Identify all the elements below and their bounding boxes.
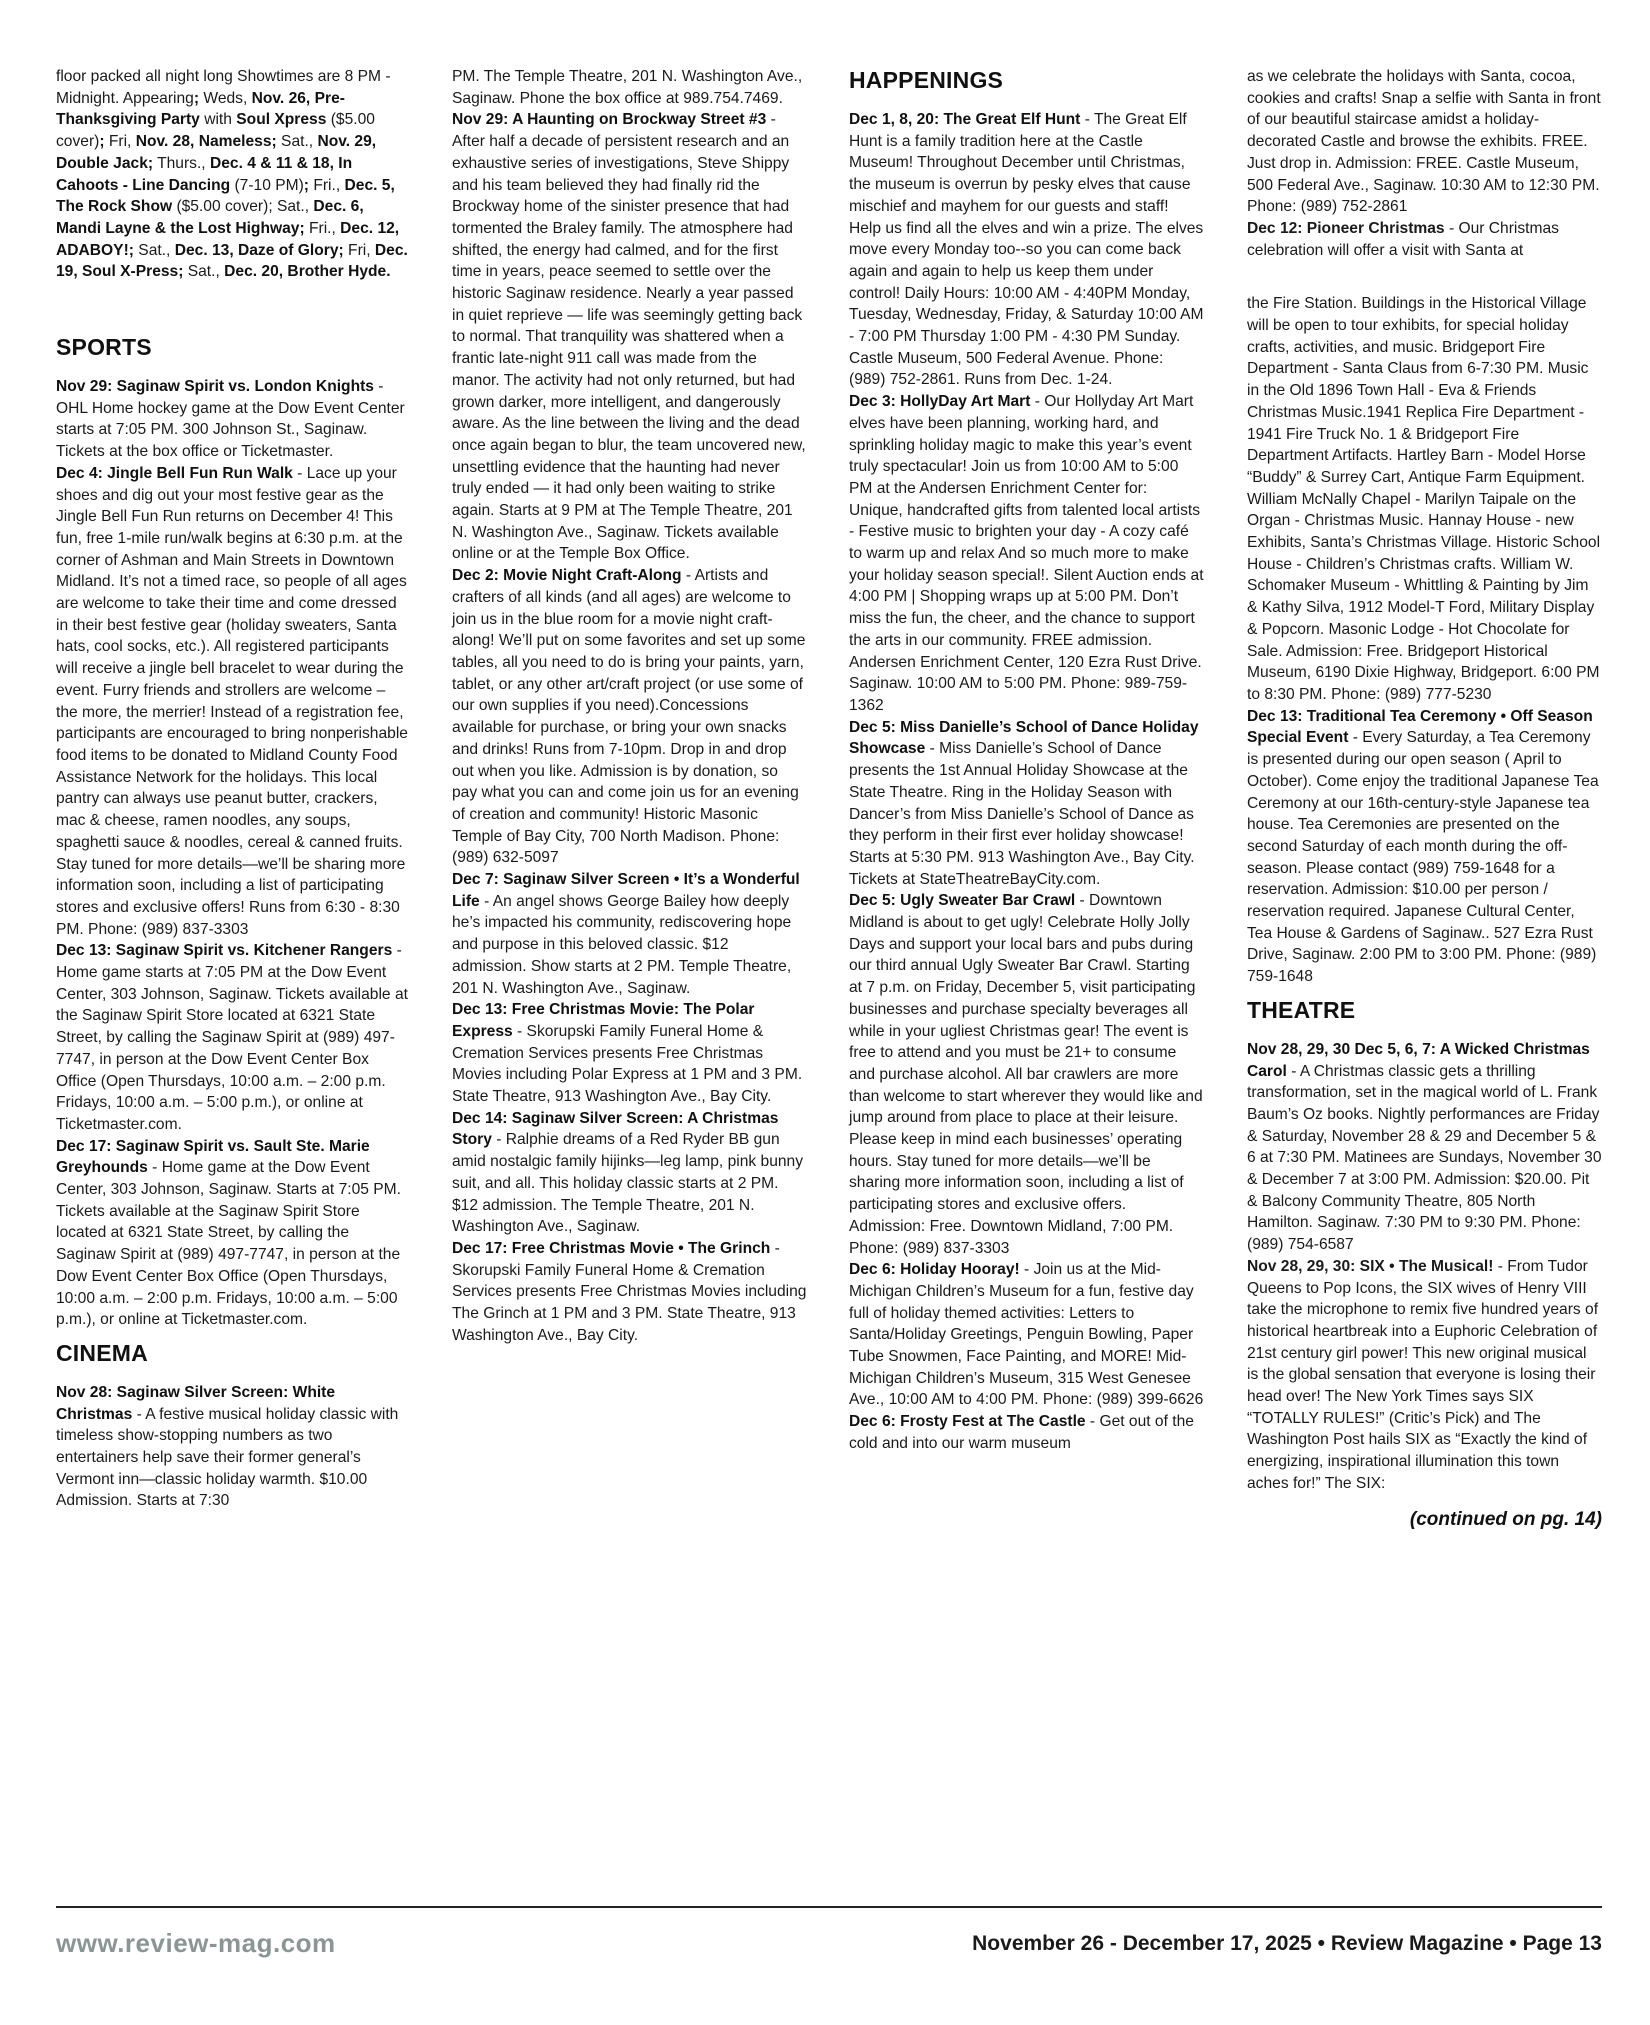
- event-entry: Dec 6: Holiday Hooray! - Join us at the …: [849, 1259, 1204, 1411]
- performer-highlight: Dec. 13, Daze of Glory;: [175, 242, 344, 259]
- event-entry: Dec 5: Ugly Sweater Bar Crawl - Downtown…: [849, 890, 1204, 1259]
- event-entry: Dec 4: Jingle Bell Fun Run Walk - Lace u…: [56, 463, 411, 940]
- section-heading-sports: SPORTS: [56, 333, 411, 361]
- event-title: Dec 13: Saginaw Spirit vs. Kitchener Ran…: [56, 942, 392, 959]
- event-body: - Every Saturday, a Tea Ceremony is pres…: [1247, 729, 1599, 985]
- section-heading-theatre: THEATRE: [1247, 996, 1602, 1024]
- event-body: - Our Hollyday Art Mart elves have been …: [849, 393, 1204, 714]
- column-4: as we celebrate the holidays with Santa,…: [1247, 66, 1602, 1530]
- event-body: - After half a decade of persistent rese…: [452, 111, 806, 562]
- event-title: Dec 6: Frosty Fest at The Castle: [849, 1413, 1086, 1430]
- event-entry: Nov 29: A Haunting on Brockway Street #3…: [452, 109, 807, 565]
- listing-text: ($5.00 cover); Sat.,: [172, 198, 313, 215]
- event-title: Dec 5: Ugly Sweater Bar Crawl: [849, 892, 1075, 909]
- event-entry: Dec 12: Pioneer Christmas - Our Christma…: [1247, 218, 1602, 261]
- performer-highlight: Nov. 28, Nameless;: [136, 133, 277, 150]
- event-body: - Ralphie dreams of a Red Ryder BB gun a…: [452, 1131, 803, 1235]
- happenings-continuation: as we celebrate the holidays with Santa,…: [1247, 66, 1602, 218]
- event-entry: Dec 17: Free Christmas Movie • The Grinc…: [452, 1238, 807, 1347]
- event-title: Dec 2: Movie Night Craft-Along: [452, 567, 682, 584]
- column-3: HAPPENINGS Dec 1, 8, 20: The Great Elf H…: [849, 66, 1204, 1455]
- event-entry: Nov 28: Saginaw Silver Screen: White Chr…: [56, 1382, 411, 1512]
- event-body: - Join us at the Mid-Michigan Children’s…: [849, 1261, 1203, 1408]
- event-entry: Dec 14: Saginaw Silver Screen: A Christm…: [452, 1108, 807, 1238]
- column-1: floor packed all night long Showtimes ar…: [56, 66, 411, 1512]
- listing-text: Fri,: [105, 133, 136, 150]
- event-body: - Miss Danielle’s School of Dance presen…: [849, 740, 1195, 887]
- event-entry: Dec 17: Saginaw Spirit vs. Sault Ste. Ma…: [56, 1136, 411, 1331]
- listing-text: Fri,: [344, 242, 375, 259]
- event-entry: Dec 5: Miss Danielle’s School of Dance H…: [849, 717, 1204, 891]
- cinema-continuation: PM. The Temple Theatre, 201 N. Washingto…: [452, 66, 807, 109]
- listing-text: Fri.,: [309, 177, 345, 194]
- event-title: Nov 29: A Haunting on Brockway Street #3: [452, 111, 766, 128]
- event-entry: Dec 3: HollyDay Art Mart - Our Hollyday …: [849, 391, 1204, 717]
- event-title: Nov 28, 29, 30: SIX • The Musical!: [1247, 1258, 1493, 1275]
- listing-text: with: [200, 111, 236, 128]
- event-entry: Dec 13: Saginaw Spirit vs. Kitchener Ran…: [56, 940, 411, 1135]
- event-body: - An angel shows George Bailey how deepl…: [452, 893, 791, 997]
- event-entry: Nov 29: Saginaw Spirit vs. London Knight…: [56, 376, 411, 463]
- event-title: Dec 4: Jingle Bell Fun Run Walk: [56, 465, 293, 482]
- event-title: Dec 17: Free Christmas Movie • The Grinc…: [452, 1240, 770, 1257]
- event-body: - Lace up your shoes and dig out your mo…: [56, 465, 408, 938]
- sports-entries: Nov 29: Saginaw Spirit vs. London Knight…: [56, 376, 411, 1331]
- website-url[interactable]: www.review-mag.com: [56, 1928, 336, 1959]
- listing-text: Sat.,: [134, 242, 175, 259]
- listing-text: Fri.,: [305, 220, 341, 237]
- event-title: Dec 1, 8, 20: The Great Elf Hunt: [849, 111, 1080, 128]
- listing-text: Sat.,: [183, 263, 224, 280]
- performer-highlight: Dec. 20, Brother Hyde.: [224, 263, 390, 280]
- music-listing-continuation: floor packed all night long Showtimes ar…: [56, 66, 411, 283]
- column-2: PM. The Temple Theatre, 201 N. Washingto…: [452, 66, 807, 1346]
- event-entry: Dec 7: Saginaw Silver Screen • It’s a Wo…: [452, 869, 807, 999]
- event-title: Dec 12: Pioneer Christmas: [1247, 220, 1445, 237]
- event-title: Nov 29: Saginaw Spirit vs. London Knight…: [56, 378, 374, 395]
- event-body-continued: the Fire Station. Buildings in the Histo…: [1247, 293, 1602, 705]
- event-entry: Dec 13: Free Christmas Movie: The Polar …: [452, 999, 807, 1108]
- event-title: Dec 3: HollyDay Art Mart: [849, 393, 1030, 410]
- event-title: Dec 6: Holiday Hooray!: [849, 1261, 1020, 1278]
- event-body: - Downtown Midland is about to get ugly!…: [849, 892, 1203, 1256]
- issue-info: November 26 - December 17, 2025 • Review…: [972, 1932, 1602, 1956]
- event-entry: Dec 1, 8, 20: The Great Elf Hunt - The G…: [849, 109, 1204, 391]
- event-entry: Dec 13: Traditional Tea Ceremony • Off S…: [1247, 706, 1602, 988]
- section-heading-happenings: HAPPENINGS: [849, 66, 1204, 94]
- footer-divider: [56, 1906, 1602, 1908]
- listing-text: (7-10 PM): [230, 177, 304, 194]
- event-body: - The Great Elf Hunt is a family traditi…: [849, 111, 1204, 388]
- event-entry: Dec 6: Frosty Fest at The Castle - Get o…: [849, 1411, 1204, 1454]
- event-body: - Home game starts at 7:05 PM at the Dow…: [56, 942, 408, 1133]
- listing-text: Weds,: [199, 90, 252, 107]
- event-body: - Artists and crafters of all kinds (and…: [452, 567, 805, 866]
- event-body: - From Tudor Queens to Pop Icons, the SI…: [1247, 1258, 1598, 1492]
- section-heading-cinema: CINEMA: [56, 1339, 411, 1367]
- event-entry: Dec 2: Movie Night Craft-Along - Artists…: [452, 565, 807, 869]
- continued-notice: (continued on pg. 14): [1247, 1509, 1602, 1531]
- event-entry: Nov 28, 29, 30: SIX • The Musical! - Fro…: [1247, 1256, 1602, 1495]
- performer-highlight: Soul Xpress: [236, 111, 326, 128]
- event-body: - Home game at the Dow Event Center, 303…: [56, 1159, 401, 1328]
- event-body: - A Christmas classic gets a thrilling t…: [1247, 1063, 1602, 1254]
- listing-text: Sat.,: [277, 133, 318, 150]
- listing-text: Thurs.,: [153, 155, 210, 172]
- event-entry: Nov 28, 29, 30 Dec 5, 6, 7: A Wicked Chr…: [1247, 1039, 1602, 1256]
